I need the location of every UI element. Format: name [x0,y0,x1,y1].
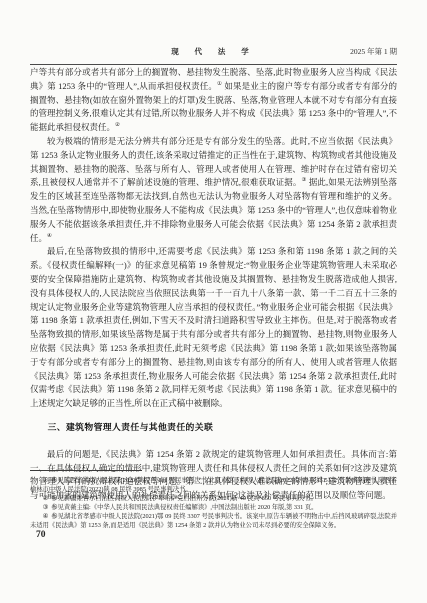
footnote-separator [30,470,142,471]
page-number: 70 [36,530,46,540]
footnote: ③参见黄薇主编:《中华人民共和国民法典侵权责任编解读》,中国法制出版社 2020… [30,503,397,512]
journal-page: 现 代 法 学 2025 年第 1 期 户等共有部分或者共有部分上的搁置物、悬挂… [0,0,427,603]
footnote: ①参见陕西省高级人民法院(2020)陕民再 181 号民事判决书,北京市第三中级… [30,476,397,494]
journal-title: 现 代 法 学 [30,46,397,57]
body-paragraph: 较为极端的情形是无法分辨共有部分还是专有部分发生的坠落。此时,不应当依据《民法典… [30,135,397,245]
footnote-ref: ④ [47,233,52,239]
footnote-list: ①参见陕西省高级人民法院(2020)陕民再 181 号民事判决书,北京市第三中级… [30,476,397,530]
running-head: 现 代 法 学 2025 年第 1 期 [30,46,397,60]
body-paragraph: 最后,在坠落物致损的情形中,还需要考虑《民法典》第 1253 条和第 1198 … [30,245,397,411]
footnote-ref: ① [217,81,222,87]
body-paragraph: 户等共有部分或者共有部分上的搁置物、悬挂物发生脱落、坠落,此时物业服务人应当构成… [30,66,397,135]
footnote-marker: ① [43,477,49,484]
section-heading: 三、建筑物管理人责任与其他责任的关联 [30,421,397,435]
footnote-ref: ② [115,122,120,128]
footnote: ②参见新疆维吾尔自治区高级人民法院伊犁哈萨克自治州分院(2021)新 40 民终… [30,494,397,503]
footnote-ref: ③ [301,178,306,184]
footnote-area: ①参见陕西省高级人民法院(2020)陕民再 181 号民事判决书,北京市第三中级… [30,470,397,530]
article-body: 户等共有部分或者共有部分上的搁置物、悬挂物发生脱落、坠落,此时物业服务人应当构成… [30,66,397,503]
footnote: ④参见湖北省孝感市中级人民法院(2021)鄂 09 民终 3307 号民事判决书… [30,512,397,530]
header-rule [30,64,397,65]
footnote-marker: ② [43,495,49,502]
footnote-marker: ④ [43,513,49,520]
footnote-marker: ③ [43,504,49,511]
issue-label: 2025 年第 1 期 [350,46,397,57]
